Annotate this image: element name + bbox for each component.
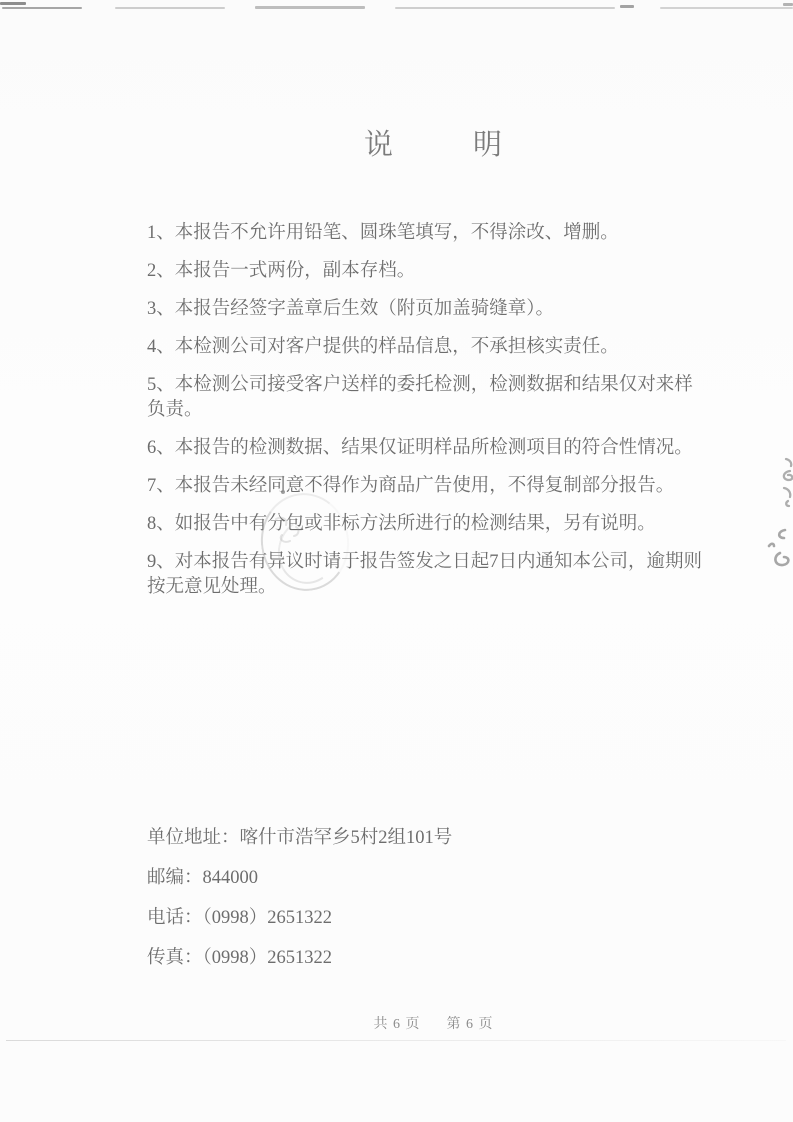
contact-postcode: 邮编：844000	[147, 866, 452, 890]
scan-edge-segment	[255, 6, 365, 9]
page-title-char-1: 说	[364, 131, 393, 160]
scan-artifact-right-upper	[776, 456, 793, 508]
note-item-6: 6、本报告的检测数据、结果仅证明样品所检测项目的符合性情况。	[147, 436, 771, 461]
scan-edge-segment	[115, 7, 225, 9]
scan-edge-segment	[620, 5, 634, 8]
page-footer: 共 6 页 第 6 页	[37, 1013, 793, 1033]
note-item-1: 1、本报告不允许用铅笔、圆珠笔填写，不得涂改、增删。	[147, 221, 771, 246]
contact-fax: 传真：（0998）2651322	[147, 946, 452, 970]
scan-speck	[281, 490, 285, 494]
scan-edge-segment	[0, 2, 26, 5]
scan-edge-segment	[395, 7, 615, 9]
scan-fold-line	[6, 1040, 786, 1041]
faint-stamp-texture	[262, 505, 332, 575]
scan-edge-segment	[660, 7, 793, 9]
note-item-7: 7、本报告未经同意不得作为商品广告使用，不得复制部分报告。	[147, 474, 771, 499]
footer-current-page: 第 6 页	[447, 1013, 494, 1033]
note-item-2: 2、本报告一式两份，副本存档。	[147, 259, 771, 284]
contact-block: 单位地址：喀什市浩罕乡5村2组101号 邮编：844000 电话：（0998）2…	[147, 826, 452, 986]
contact-phone: 电话：（0998）2651322	[147, 906, 452, 930]
scanned-document-page: 说 明 1、本报告不允许用铅笔、圆珠笔填写，不得涂改、增删。 2、本报告一式两份…	[0, 0, 793, 1122]
page-title: 说 明	[364, 131, 502, 160]
scan-edge-segment	[783, 3, 793, 6]
contact-address: 单位地址：喀什市浩罕乡5村2组101号	[147, 826, 452, 850]
scan-artifact-right-lower	[765, 526, 793, 578]
scan-edge-segment	[2, 7, 82, 9]
note-item-3: 3、本报告经签字盖章后生效（附页加盖骑缝章）。	[147, 297, 771, 322]
note-item-8: 8、如报告中有分包或非标方法所进行的检测结果，另有说明。	[147, 512, 771, 537]
footer-total-pages: 共 6 页	[374, 1013, 421, 1033]
note-item-9: 9、对本报告有异议时请于报告签发之日起7日内通知本公司，逾期则 按无意见处理。	[147, 550, 771, 600]
notes-list: 1、本报告不允许用铅笔、圆珠笔填写，不得涂改、增删。 2、本报告一式两份，副本存…	[147, 221, 771, 613]
note-item-5: 5、本检测公司接受客户送样的委托检测，检测数据和结果仅对来样 负责。	[147, 373, 771, 423]
page-title-char-2: 明	[473, 131, 502, 160]
note-item-4: 4、本检测公司对客户提供的样品信息，不承担核实责任。	[147, 335, 771, 360]
